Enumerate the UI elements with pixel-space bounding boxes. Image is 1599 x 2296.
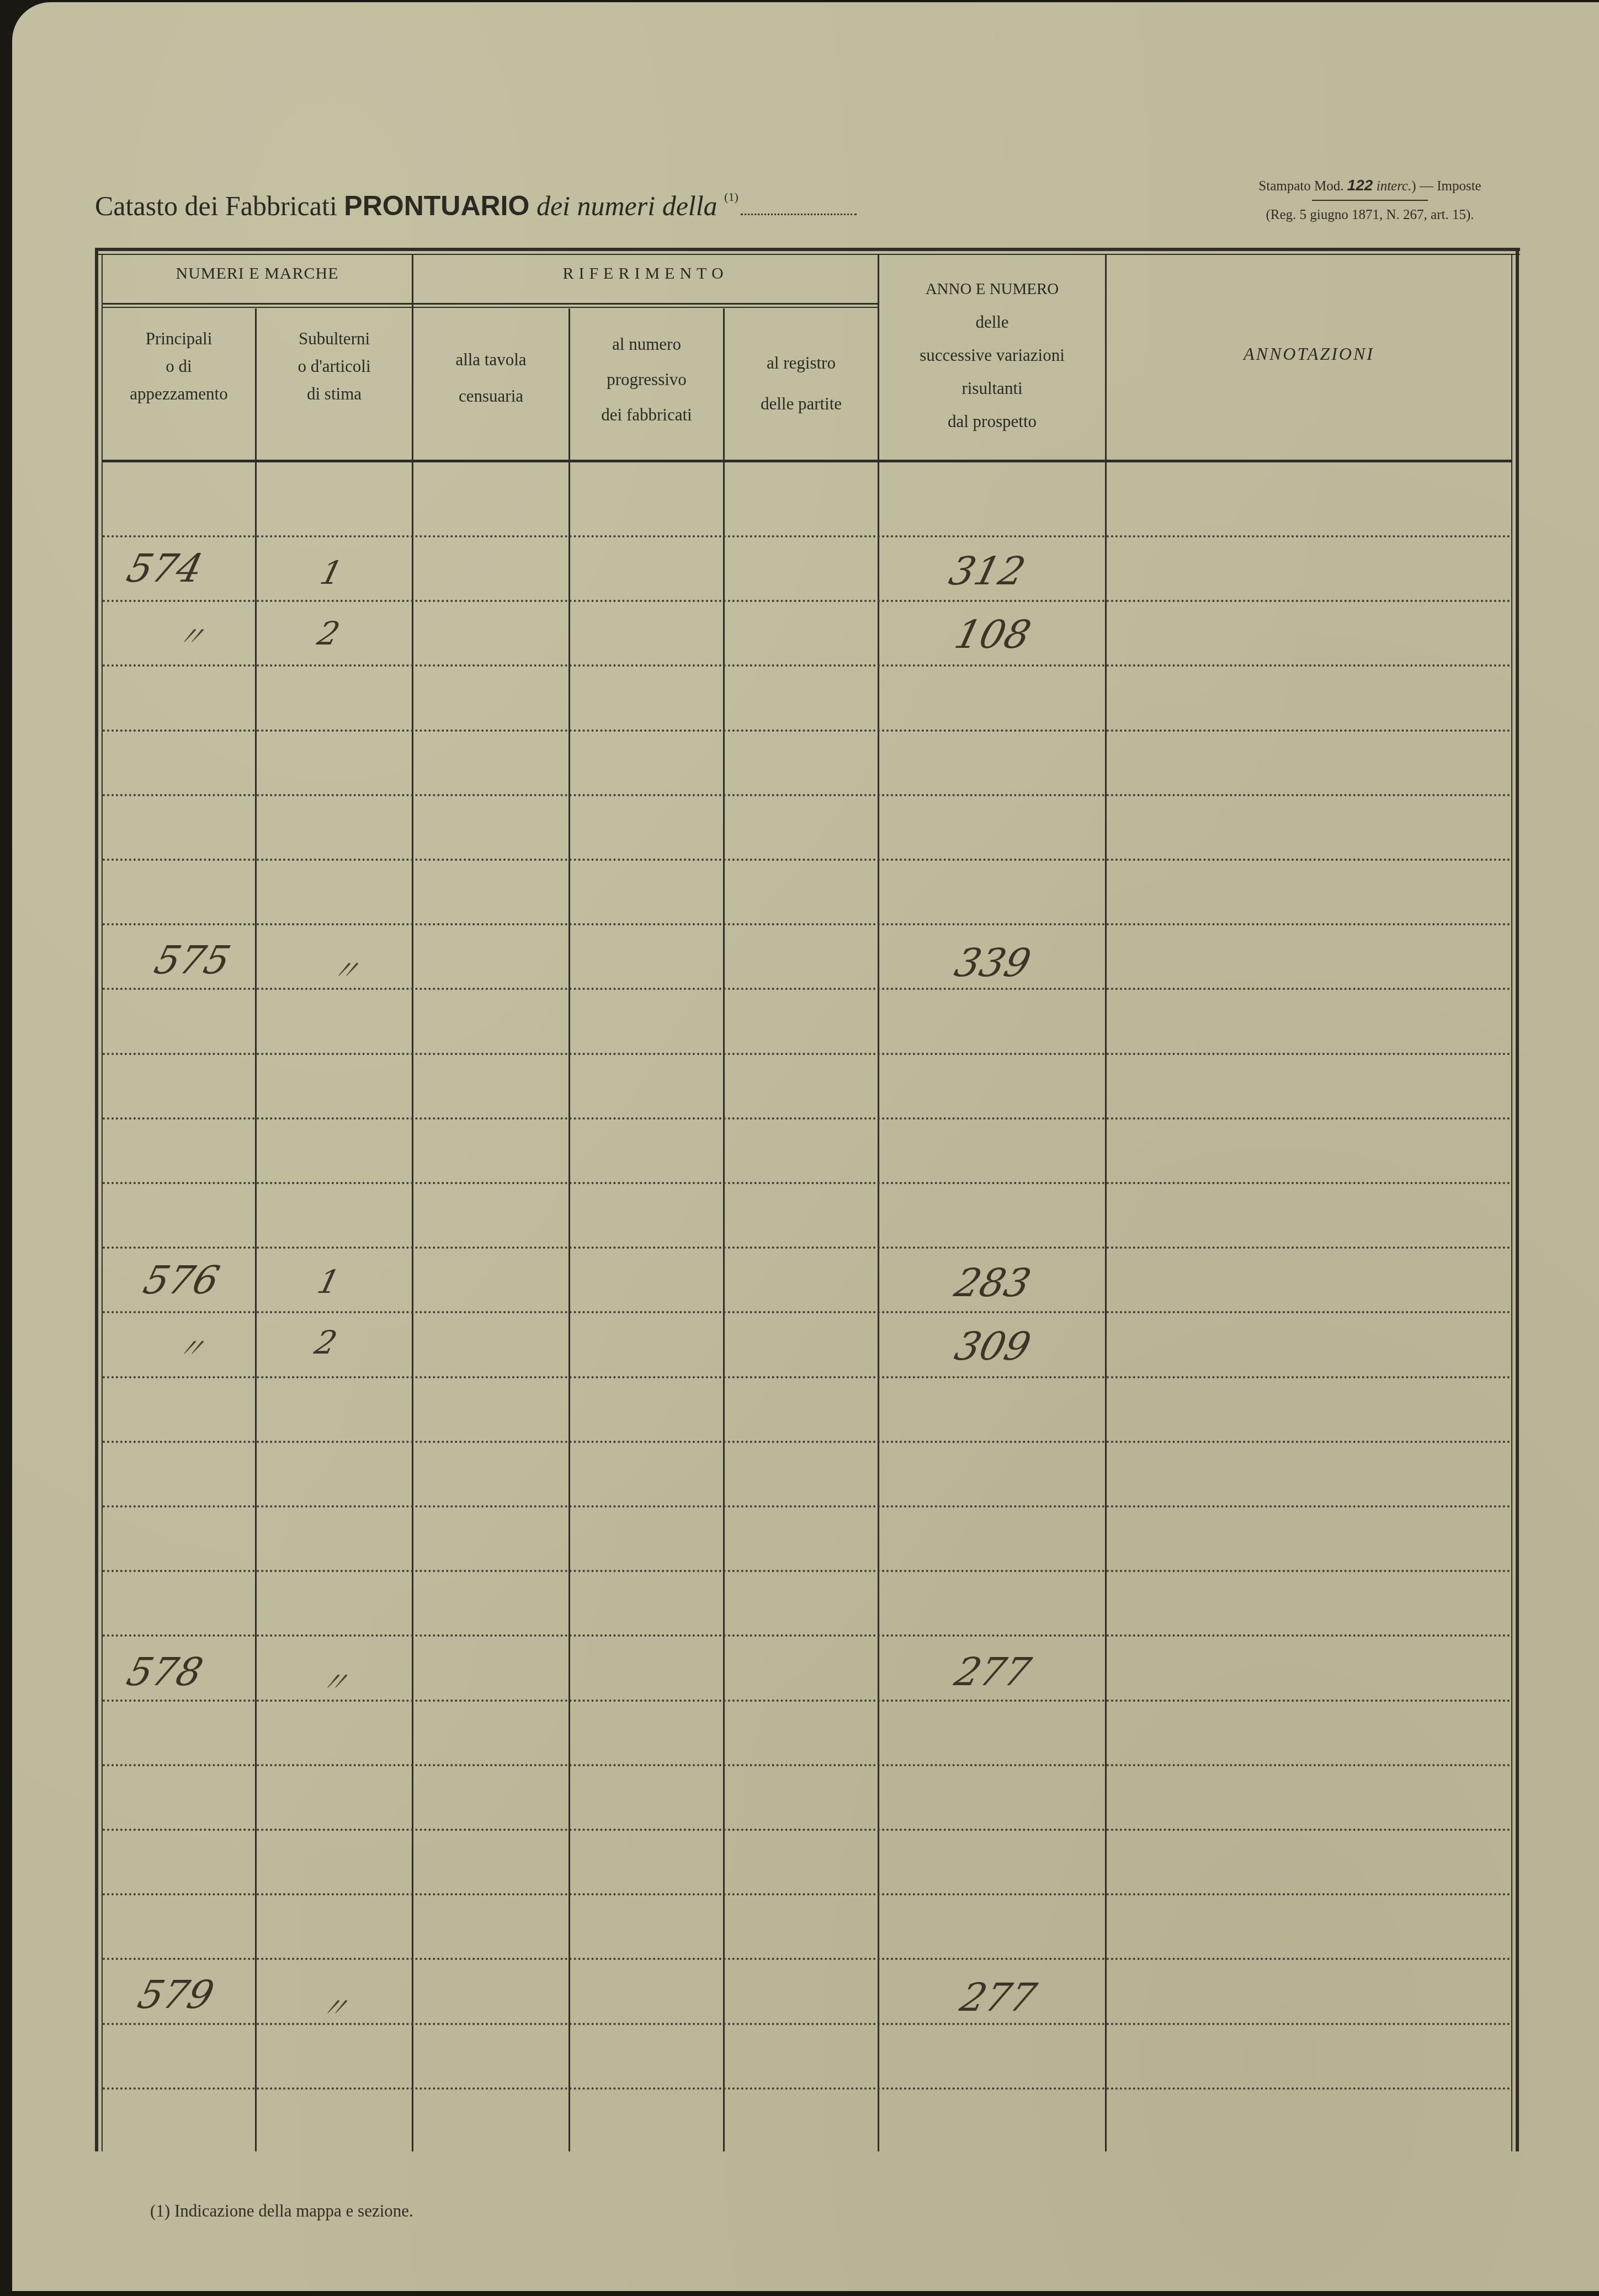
entry-subalterno-ditto: 〃	[327, 949, 365, 988]
entry-subalterno-ditto: 〃	[316, 1660, 354, 1700]
col-header-annotazioni: ANNOTAZIONI	[1107, 340, 1511, 367]
row-dotted-line	[103, 600, 1511, 602]
row-dotted-line	[103, 1311, 1511, 1313]
col-divider-numeri-riferimento	[412, 254, 413, 2151]
row-dotted-line	[103, 859, 1511, 861]
entry-anno-numero: 277	[950, 1649, 1035, 1695]
footnote: (1) Indicazione della mappa e sezione.	[150, 2201, 413, 2221]
footnote-mark: (1)	[724, 190, 739, 204]
entry-principale: 579	[134, 1972, 219, 2017]
col-header-anno-numero: ANNO E NUMERO delle successive variazion…	[879, 273, 1105, 438]
row-dotted-line	[103, 2087, 1511, 2090]
row-dotted-line	[103, 923, 1511, 925]
blank-fill-line	[741, 214, 857, 215]
row-dotted-line	[103, 1570, 1511, 1572]
col-header-registro: al registro delle partite	[725, 343, 878, 424]
row-dotted-line	[103, 1958, 1511, 1960]
table-top-rule-thin	[95, 254, 1520, 255]
entry-subalterno: 1	[314, 1263, 344, 1301]
entry-principale: 578	[123, 1649, 208, 1695]
col-header-subalterni: Subulterni o d'articoli di stima	[257, 325, 412, 408]
table-left-border-thin	[102, 254, 103, 2151]
row-dotted-line	[103, 1246, 1511, 1249]
row-dotted-line	[103, 1893, 1511, 1895]
table-right-border-thin	[1511, 254, 1512, 2151]
table-left-border	[95, 248, 98, 2151]
group-header-numeri-e-marche: NUMERI E MARCHE	[103, 260, 412, 287]
col-divider-riferimento-anno	[878, 254, 879, 2151]
entry-subalterno: 2	[314, 615, 344, 652]
col-divider-principali-subalterni	[255, 308, 257, 2151]
title-italic: dei numeri della	[529, 190, 724, 221]
entry-principale: 575	[150, 937, 235, 983]
col-divider-anno-annotazioni	[1105, 254, 1107, 2151]
entry-anno-numero: 277	[956, 1975, 1041, 2020]
entry-anno-numero: 309	[950, 1324, 1035, 1369]
group-header-riferimento: RIFERIMENTO	[413, 260, 878, 287]
row-dotted-line	[103, 988, 1511, 990]
stamp-prefix: Stampato Mod.	[1258, 179, 1347, 194]
entry-principale-ditto: 〃	[173, 615, 210, 654]
row-dotted-line	[103, 1053, 1511, 1055]
row-dotted-line	[103, 535, 1511, 537]
entry-anno-numero: 108	[950, 612, 1035, 657]
stamp-regulation: (Reg. 5 giugno 1871, N. 267, art. 15).	[1199, 207, 1541, 223]
title-plain: Catasto dei Fabbricati	[95, 190, 344, 221]
col-header-tavola: alla tavola censuaria	[413, 342, 569, 414]
row-dotted-line	[103, 1634, 1511, 1637]
register-table: NUMERI E MARCHE RIFERIMENTO Principali o…	[95, 248, 1520, 2151]
table-top-rule	[95, 248, 1520, 251]
document-page: Catasto dei Fabbricati PRONTUARIO dei nu…	[12, 2, 1599, 2291]
model-number: 122	[1347, 177, 1373, 194]
entry-principale-ditto: 〃	[173, 1327, 210, 1366]
table-right-border	[1516, 248, 1519, 2151]
row-dotted-line	[103, 1700, 1511, 1702]
row-dotted-line	[103, 2023, 1511, 2025]
row-dotted-line	[103, 1182, 1511, 1184]
row-dotted-line	[103, 1764, 1511, 1766]
group-header-rule	[103, 303, 878, 305]
entry-subalterno: 2	[311, 1324, 341, 1361]
entry-principale: 574	[123, 546, 208, 591]
col-header-progressivo: al numero progressivo dei fabbricati	[570, 327, 723, 433]
entry-anno-numero: 283	[950, 1260, 1035, 1306]
entry-principale: 576	[139, 1258, 224, 1303]
entry-subalterno-ditto: 〃	[316, 1986, 354, 2026]
title-bold: PRONTUARIO	[344, 190, 529, 221]
stamp-suffix: ) — Imposte	[1411, 179, 1481, 194]
entry-anno-numero: 312	[945, 548, 1030, 594]
row-dotted-line	[103, 664, 1511, 667]
header-bottom-rule	[103, 460, 1511, 462]
group-header-rule-thin	[103, 307, 878, 308]
stamp-divider	[1312, 200, 1428, 201]
row-dotted-line	[103, 729, 1511, 732]
row-dotted-line	[103, 1505, 1511, 1507]
col-divider-tavola-progressivo	[569, 308, 570, 2151]
row-dotted-line	[103, 1117, 1511, 1120]
stamp-italic: interc.	[1373, 179, 1411, 194]
row-dotted-line	[103, 794, 1511, 796]
row-dotted-line	[103, 1829, 1511, 1831]
col-header-principali: Principali o di appezzamento	[103, 325, 255, 408]
page-title: Catasto dei Fabbricati PRONTUARIO dei nu…	[95, 190, 857, 222]
row-dotted-line	[103, 1441, 1511, 1443]
form-stamp: Stampato Mod. 122 interc.) — Imposte (Re…	[1199, 177, 1541, 223]
col-divider-progressivo-registro	[723, 308, 725, 2151]
entry-subalterno: 1	[317, 554, 347, 592]
entry-anno-numero: 339	[950, 940, 1035, 985]
row-dotted-line	[103, 1376, 1511, 1378]
